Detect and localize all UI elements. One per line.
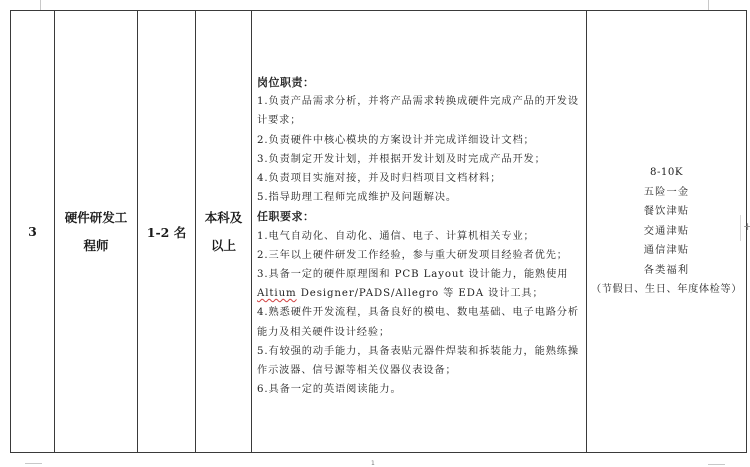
requirement-line: 6.具备一定的英语阅读能力。 xyxy=(257,380,586,399)
duty-line: 1.负责产品需求分析，并将产品需求转换成硬件完成产品的开发设 xyxy=(257,92,586,111)
margin-mark-top-left-v xyxy=(40,0,41,10)
requirement-line-rest: Designer/PADS/Allegro 等 EDA 设计工具； xyxy=(297,288,544,299)
duty-line: 4.负责项目实施对接，并及时归档项目文档材料； xyxy=(257,169,586,188)
spellcheck-underlined-word[interactable]: Altium xyxy=(257,288,297,299)
duty-line: 5.指导助理工程师完成维护及问题解决。 xyxy=(257,188,586,207)
page-number: 1 xyxy=(371,460,375,467)
job-posting-table: 3 硬件研发工 程师 1-2 名 本科及 以上 岗位职责： 1.负责产品需求分析… xyxy=(10,10,747,453)
table-add-column-handle[interactable]: + xyxy=(740,215,750,241)
margin-mark-top-right-v xyxy=(708,0,709,10)
education-line-2: 以上 xyxy=(196,232,251,260)
job-title-line-1: 硬件研发工 xyxy=(55,204,137,232)
compensation-cell[interactable]: 8-10K 五险一金 餐饮津贴 交通津贴 通信津贴 各类福利 （节假日、生日、年… xyxy=(587,11,747,453)
requirement-line: 能力及相关硬件设计经验； xyxy=(257,323,586,342)
requirement-line: 4.熟悉硬件开发流程，具备良好的模电、数电基础、电子电路分析 xyxy=(257,303,586,322)
benefit-item: 餐饮津贴 xyxy=(587,202,746,222)
requirement-line-eda-tools: Altium Designer/PADS/Allegro 等 EDA 设计工具； xyxy=(257,284,586,303)
requirement-line: 作示波器、信号源等相关仪器仪表设备； xyxy=(257,361,586,380)
headcount: 1-2 名 xyxy=(147,225,186,240)
row-number: 3 xyxy=(28,224,37,239)
duty-line: 计要求； xyxy=(257,111,586,130)
benefit-note: （节假日、生日、年度体检等） xyxy=(587,280,746,300)
requirement-line: 5.有较强的动手能力，具备表贴元器件焊装和拆装能力，能熟练操 xyxy=(257,342,586,361)
benefit-item: 通信津贴 xyxy=(587,241,746,261)
requirements-heading: 任职要求： xyxy=(257,207,586,226)
job-description-cell[interactable]: 岗位职责： 1.负责产品需求分析，并将产品需求转换成硬件完成产品的开发设 计要求… xyxy=(252,11,587,453)
job-title-line-2: 程师 xyxy=(55,232,137,260)
duties-heading: 岗位职责： xyxy=(257,73,586,92)
benefit-item: 交通津贴 xyxy=(587,222,746,242)
benefit-item: 五险一金 xyxy=(587,183,746,203)
salary-range: 8-10K xyxy=(587,163,746,183)
requirement-line: 1.电气自动化、自动化、通信、电子、计算机相关专业； xyxy=(257,227,586,246)
margin-mark-bottom-right-h xyxy=(708,464,725,465)
duty-line: 2.负责硬件中核心模块的方案设计并完成详细设计文档； xyxy=(257,131,586,150)
row-number-cell[interactable]: 3 xyxy=(11,11,55,453)
education-cell[interactable]: 本科及 以上 xyxy=(196,11,252,453)
headcount-cell[interactable]: 1-2 名 xyxy=(138,11,196,453)
table-row: 3 硬件研发工 程师 1-2 名 本科及 以上 岗位职责： 1.负责产品需求分析… xyxy=(11,11,747,453)
job-title-cell[interactable]: 硬件研发工 程师 xyxy=(55,11,138,453)
duty-line: 3.负责制定开发计划，并根据开发计划及时完成产品开发； xyxy=(257,150,586,169)
benefit-item: 各类福利 xyxy=(587,261,746,281)
requirement-line: 3.具备一定的硬件原理图和 PCB Layout 设计能力，能熟使用 xyxy=(257,265,586,284)
education-line-1: 本科及 xyxy=(196,204,251,232)
requirement-line: 2.三年以上硬件研发工作经验，参与重大研发项目经验者优先； xyxy=(257,246,586,265)
margin-mark-bottom-left-h xyxy=(25,463,42,464)
plus-icon: + xyxy=(743,220,750,233)
